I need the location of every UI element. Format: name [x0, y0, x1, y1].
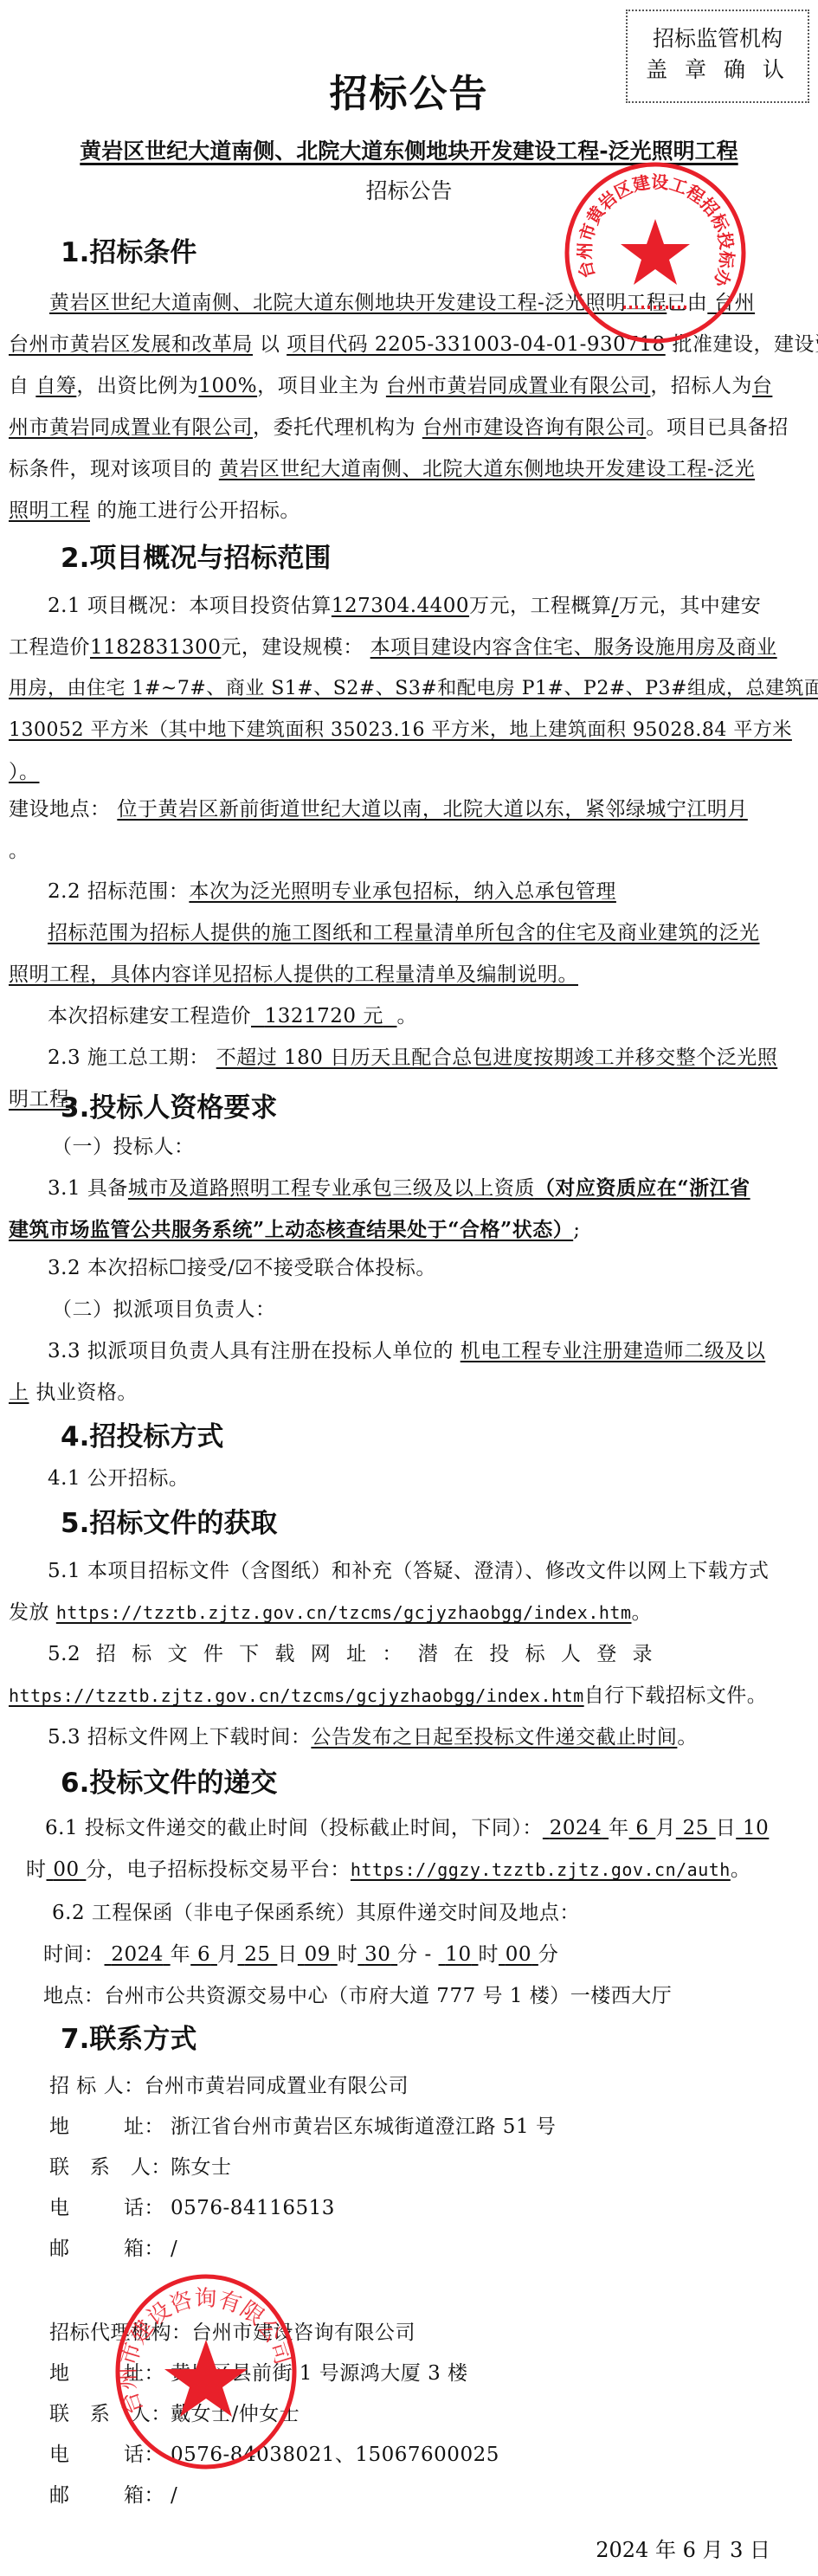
- s6-p61-line-2: 时 00 分，电子招标投标交易平台：https://ggzy.tzztb.zjt…: [26, 1857, 750, 1883]
- section-5-heading: 5.招标文件的获取: [61, 1506, 277, 1541]
- tenderer-email: /: [171, 2238, 177, 2260]
- s1-line-4: 州市黄岩同成置业有限公司，委托代理机构为 台州市建设咨询有限公司。项目已具备招: [9, 415, 789, 441]
- s2-scale-line-3: 130052 平方米（其中地下建筑面积 35023.16 平方米，地上建筑面积 …: [9, 718, 792, 744]
- agent-seal-text: 台州市建设咨询有限公司: [115, 2286, 296, 2418]
- s1-line-2: 台州市黄岩区发展和改革局 以 项目代码 2205-331003-04-01-93…: [9, 332, 818, 357]
- deadline-year: 2024: [543, 1817, 609, 1839]
- deadline-day: 25: [676, 1817, 716, 1839]
- s2-location: 位于黄岩区新前街道世纪大道以南，北院大道以东，紧邻绿城宁江明月: [117, 798, 748, 821]
- page-title: 招标公告: [0, 62, 818, 118]
- tenderer-phone: 0576-84116513: [171, 2197, 335, 2219]
- s1-line-5: 标条件，现对该项目的 黄岩区世纪大道南侧、北院大道东侧地块开发建设工程-泛光: [9, 456, 755, 482]
- s3-p33-line-2: 上 执业资格。: [9, 1380, 138, 1406]
- agent-name: 台州市建设咨询有限公司: [192, 2322, 416, 2344]
- tenderer-name: 台州市黄岩同成置业有限公司: [145, 2075, 409, 2097]
- approval-box-line1: 招标监管机构: [628, 23, 808, 55]
- s1-owner: 台州市黄岩同成置业有限公司: [386, 375, 651, 397]
- s2-p21-line-1: 2.1 项目概况：本项目投资估算127304.4400万元，工程概算/万元，其中…: [48, 593, 761, 619]
- s2-scope-detail-1: 招标范围为招标人提供的施工图纸和工程量清单所包含的住宅及商业建筑的泛光: [48, 920, 760, 946]
- s2-scale-line-2: 用房，由住宅 1#~7#、商业 S1#、S2#、S3#和配电房 P1#、P2#、…: [9, 676, 818, 702]
- e-tender-platform-link[interactable]: https://ggzy.tzztb.zjtz.gov.cn/auth: [351, 1859, 731, 1880]
- s3-p32-line: 3.2 本次招标☐接受/☑不接受联合体投标。: [48, 1255, 436, 1281]
- subtitle-project-name: 黄岩区世纪大道南侧、北院大道东侧地块开发建设工程-泛光照明工程: [80, 138, 737, 164]
- s2-scale-line-4: ）。: [9, 759, 40, 785]
- s5-p52-line-1: 5.2 招 标 文 件 下 载 网 址 ： 潜 在 投 标 人 登 录: [48, 1641, 653, 1667]
- s1-approver: 台州市黄岩区发展和改革局: [9, 333, 253, 356]
- deadline-hour: 10: [736, 1817, 769, 1839]
- s6-p62: 6.2 工程保函（非电子保函系统）其原件递交时间及地点：: [52, 1900, 580, 1926]
- deadline-minute: 00: [47, 1858, 87, 1881]
- publish-date: 2024 年 6 月 3 日: [596, 2533, 770, 2563]
- s2-construction-cost: 1182831300: [90, 636, 221, 659]
- s2-location-line: 建设地点： 位于黄岩区新前街道世纪大道以南，北院大道以东，紧邻绿城宁江明月: [9, 796, 748, 822]
- s1-funding: 自筹: [35, 375, 76, 397]
- s3-sub2: （二）拟派项目负责人：: [52, 1297, 276, 1323]
- s1-project-code: 项目代码 2205-331003-04-01-930718: [287, 333, 666, 356]
- s2-p22-line: 2.2 招标范围：本次为泛光照明专业承包招标，纳入总承包管理: [48, 879, 616, 905]
- s1-ratio: 100%: [198, 375, 257, 397]
- s2-investment: 127304.4400: [332, 595, 469, 617]
- s6-guarantee-time: 时间： 2024 年 6 月 25 日 09 时 30 分 - 10 时 00 …: [43, 1942, 558, 1967]
- s5-p52-line-2: https://tzztb.zjtz.gov.cn/tzcms/gcjyzhao…: [9, 1683, 767, 1709]
- checkbox-accept-consortium: ☐: [169, 1257, 187, 1279]
- s2-scope-detail-2: 照明工程，具体内容详见招标人提供的工程量清单及编制说明。: [9, 962, 578, 988]
- s1-line-3: 自 自筹，出资比例为100%，项目业主为 台州市黄岩同成置业有限公司，招标人为台: [9, 373, 772, 399]
- project-subtitle: 黄岩区世纪大道南侧、北院大道东侧地块开发建设工程-泛光照明工程 招标公告: [0, 137, 818, 206]
- section-2-heading: 2.项目概况与招标范围: [61, 541, 331, 576]
- svg-text:台州市建设咨询有限公司: 台州市建设咨询有限公司: [115, 2286, 296, 2418]
- s2-scope: 本次为泛光照明专业承包招标，纳入总承包管理: [189, 880, 616, 903]
- s5-p51-line-2: 发放 https://tzztb.zjtz.gov.cn/tzcms/gcjyz…: [9, 1600, 652, 1626]
- s4-p41: 4.1 公开招标。: [48, 1465, 189, 1491]
- s2-tender-cost-line: 本次招标建安工程造价 1321720 元 。: [48, 1003, 417, 1029]
- section-7-heading: 7.联系方式: [61, 2022, 196, 2057]
- s3-p31-line-2: 建筑市场监管公共服务系统”上动态核查结果处于“合格”状态）;: [9, 1217, 580, 1243]
- tender-download-link[interactable]: https://tzztb.zjtz.gov.cn/tzcms/gcjyzhao…: [9, 1685, 584, 1706]
- s3-qualification: 城市及道路照明工程专业承包三级及以上资质: [128, 1177, 535, 1200]
- s6-guarantee-place: 地点：台州市公共资源交易中心（市府大道 777 号 1 楼）一楼西大厅: [43, 1983, 672, 2009]
- s3-sub1: （一）投标人：: [52, 1134, 195, 1160]
- checkbox-reject-consortium: ☑: [235, 1257, 253, 1279]
- s3-p31-line-1: 3.1 具备城市及道路照明工程专业承包三级及以上资质（对应资质应在“浙江省: [48, 1175, 750, 1201]
- s2-location-end: 。: [9, 838, 29, 864]
- s1-agent: 台州市建设咨询有限公司: [422, 416, 647, 439]
- s1-tenderer: 州市黄岩同成置业有限公司: [9, 416, 253, 439]
- s2-tender-cost: 1321720 元: [251, 1005, 397, 1027]
- deadline-month: 6: [629, 1817, 656, 1839]
- s2-p23-line-1: 2.3 施工总工期： 不超过 180 日历天且配合总包进度按期竣工并移交整个泛光…: [48, 1045, 777, 1071]
- s5-p53-line: 5.3 招标文件网上下载时间：公告发布之日起至投标文件递交截止时间。: [48, 1724, 698, 1750]
- agent-contact: 戴女士/仲女士: [171, 2403, 300, 2425]
- s3-pm-qualification: 机电工程专业注册建造师二级及以: [461, 1340, 766, 1362]
- section-6-heading: 6.投标文件的递交: [61, 1766, 277, 1800]
- section-1-heading: 1.招标条件: [61, 235, 196, 270]
- section-3-heading: 3.投标人资格要求: [61, 1091, 277, 1125]
- s2-budget: /: [612, 595, 619, 617]
- tender-docs-link[interactable]: https://tzztb.zjtz.gov.cn/tzcms/gcjyzhao…: [56, 1602, 632, 1623]
- agent-phone: 0576-84038021、15067600025: [171, 2444, 499, 2466]
- s2-duration: 不超过 180 日历天且配合总包进度按期竣工并移交整个泛光照: [216, 1046, 778, 1069]
- s6-p61-line-1: 6.1 投标文件递交的截止时间（投标截止时间，下同）： 2024 年 6 月 2…: [45, 1815, 769, 1841]
- subtitle-doc-type: 招标公告: [0, 177, 818, 206]
- s1-line-6: 照明工程 的施工进行公开招标。: [9, 498, 300, 524]
- s5-p51-line-1: 5.1 本项目招标文件（含图纸）和补充（答疑、澄清）、修改文件以网上下载方式: [48, 1558, 769, 1584]
- tenderer-address: 浙江省台州市黄岩区东城街道澄江路 51 号: [171, 2116, 556, 2138]
- agent-email: /: [171, 2484, 177, 2507]
- s1-line-1: 黄岩区世纪大道南侧、北院大道东侧地块开发建设工程-泛光照明工程已由 台州: [49, 290, 755, 316]
- s2-p21-line-2: 工程造价1182831300元，建设规模： 本项目建设内容含住宅、服务设施用房及…: [9, 634, 777, 660]
- tenderer-contact: 陈女士: [171, 2156, 232, 2179]
- s3-p33-line-1: 3.3 拟派项目负责人具有注册在投标人单位的 机电工程专业注册建造师二级及以: [48, 1338, 765, 1364]
- s1-project-name: 黄岩区世纪大道南侧、北院大道东侧地块开发建设工程-泛光照明工程: [49, 292, 667, 314]
- agent-address: 黄岩区县前街 1 号源鸿大厦 3 楼: [171, 2362, 468, 2385]
- section-4-heading: 4.招投标方式: [61, 1420, 223, 1454]
